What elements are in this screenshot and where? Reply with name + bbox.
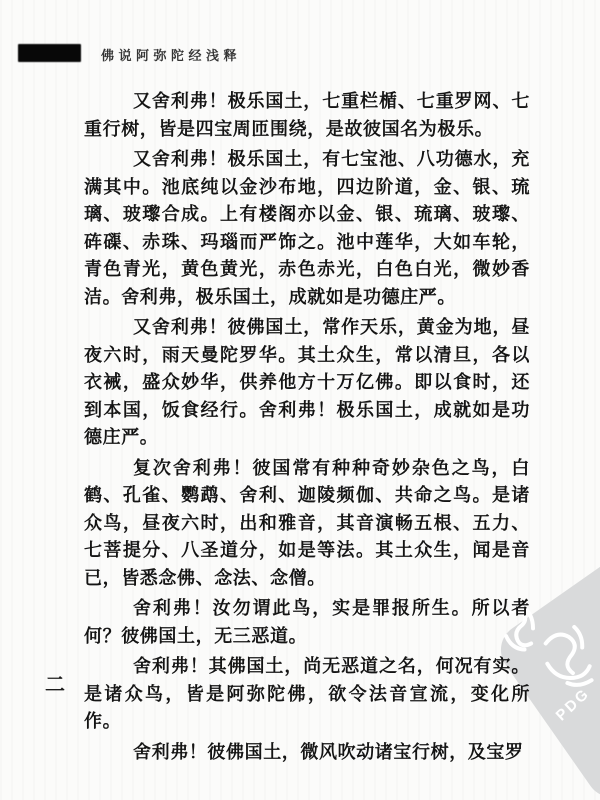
sutra-paragraph-1: 又舍利弗！极乐国土，七重栏楯、七重罗网、七重行树，皆是四宝周匝围绕，是故彼国名为…: [84, 88, 530, 143]
folio-page-number: 二: [45, 668, 65, 697]
sutra-paragraph-6: 舍利弗！其佛国土，尚无恶道之名，何况有实。是诸众鸟，皆是阿弥陀佛，欲令法音宣流，…: [84, 653, 530, 736]
sutra-paragraph-5: 舍利弗！汝勿谓此鸟，实是罪报所生。所以者何？彼佛国土，无三恶道。: [84, 595, 530, 650]
text-column: 又舍利弗！极乐国土，七重栏楯、七重罗网、七重行树，皆是四宝周匝围绕，是故彼国名为…: [84, 88, 530, 769]
sutra-paragraph-3: 又舍利弗！彼佛国土，常作天乐，黄金为地，昼夜六时，雨天曼陀罗华。其土众生，常以清…: [84, 314, 530, 452]
sutra-paragraph-2: 又舍利弗！极乐国土，有七宝池、八功德水，充满其中。池底纯以金沙布地，四边阶道，金…: [84, 146, 530, 311]
scanned-book-page: PDG 佛说阿弥陀经浅释 又舍利弗！极乐国土，七重栏楯、七重罗网、七重行树，皆是…: [0, 0, 600, 800]
redaction-bar: [18, 44, 81, 62]
running-title: 佛说阿弥陀经浅释: [101, 45, 241, 64]
sutra-paragraph-4: 复次舍利弗！彼国常有种种奇妙杂色之鸟，白鹤、孔雀、鹦鹉、舍利、迦陵频伽、共命之鸟…: [84, 455, 530, 593]
sutra-paragraph-7: 舍利弗！彼佛国土，微风吹动诸宝行树，及宝罗: [84, 739, 530, 767]
